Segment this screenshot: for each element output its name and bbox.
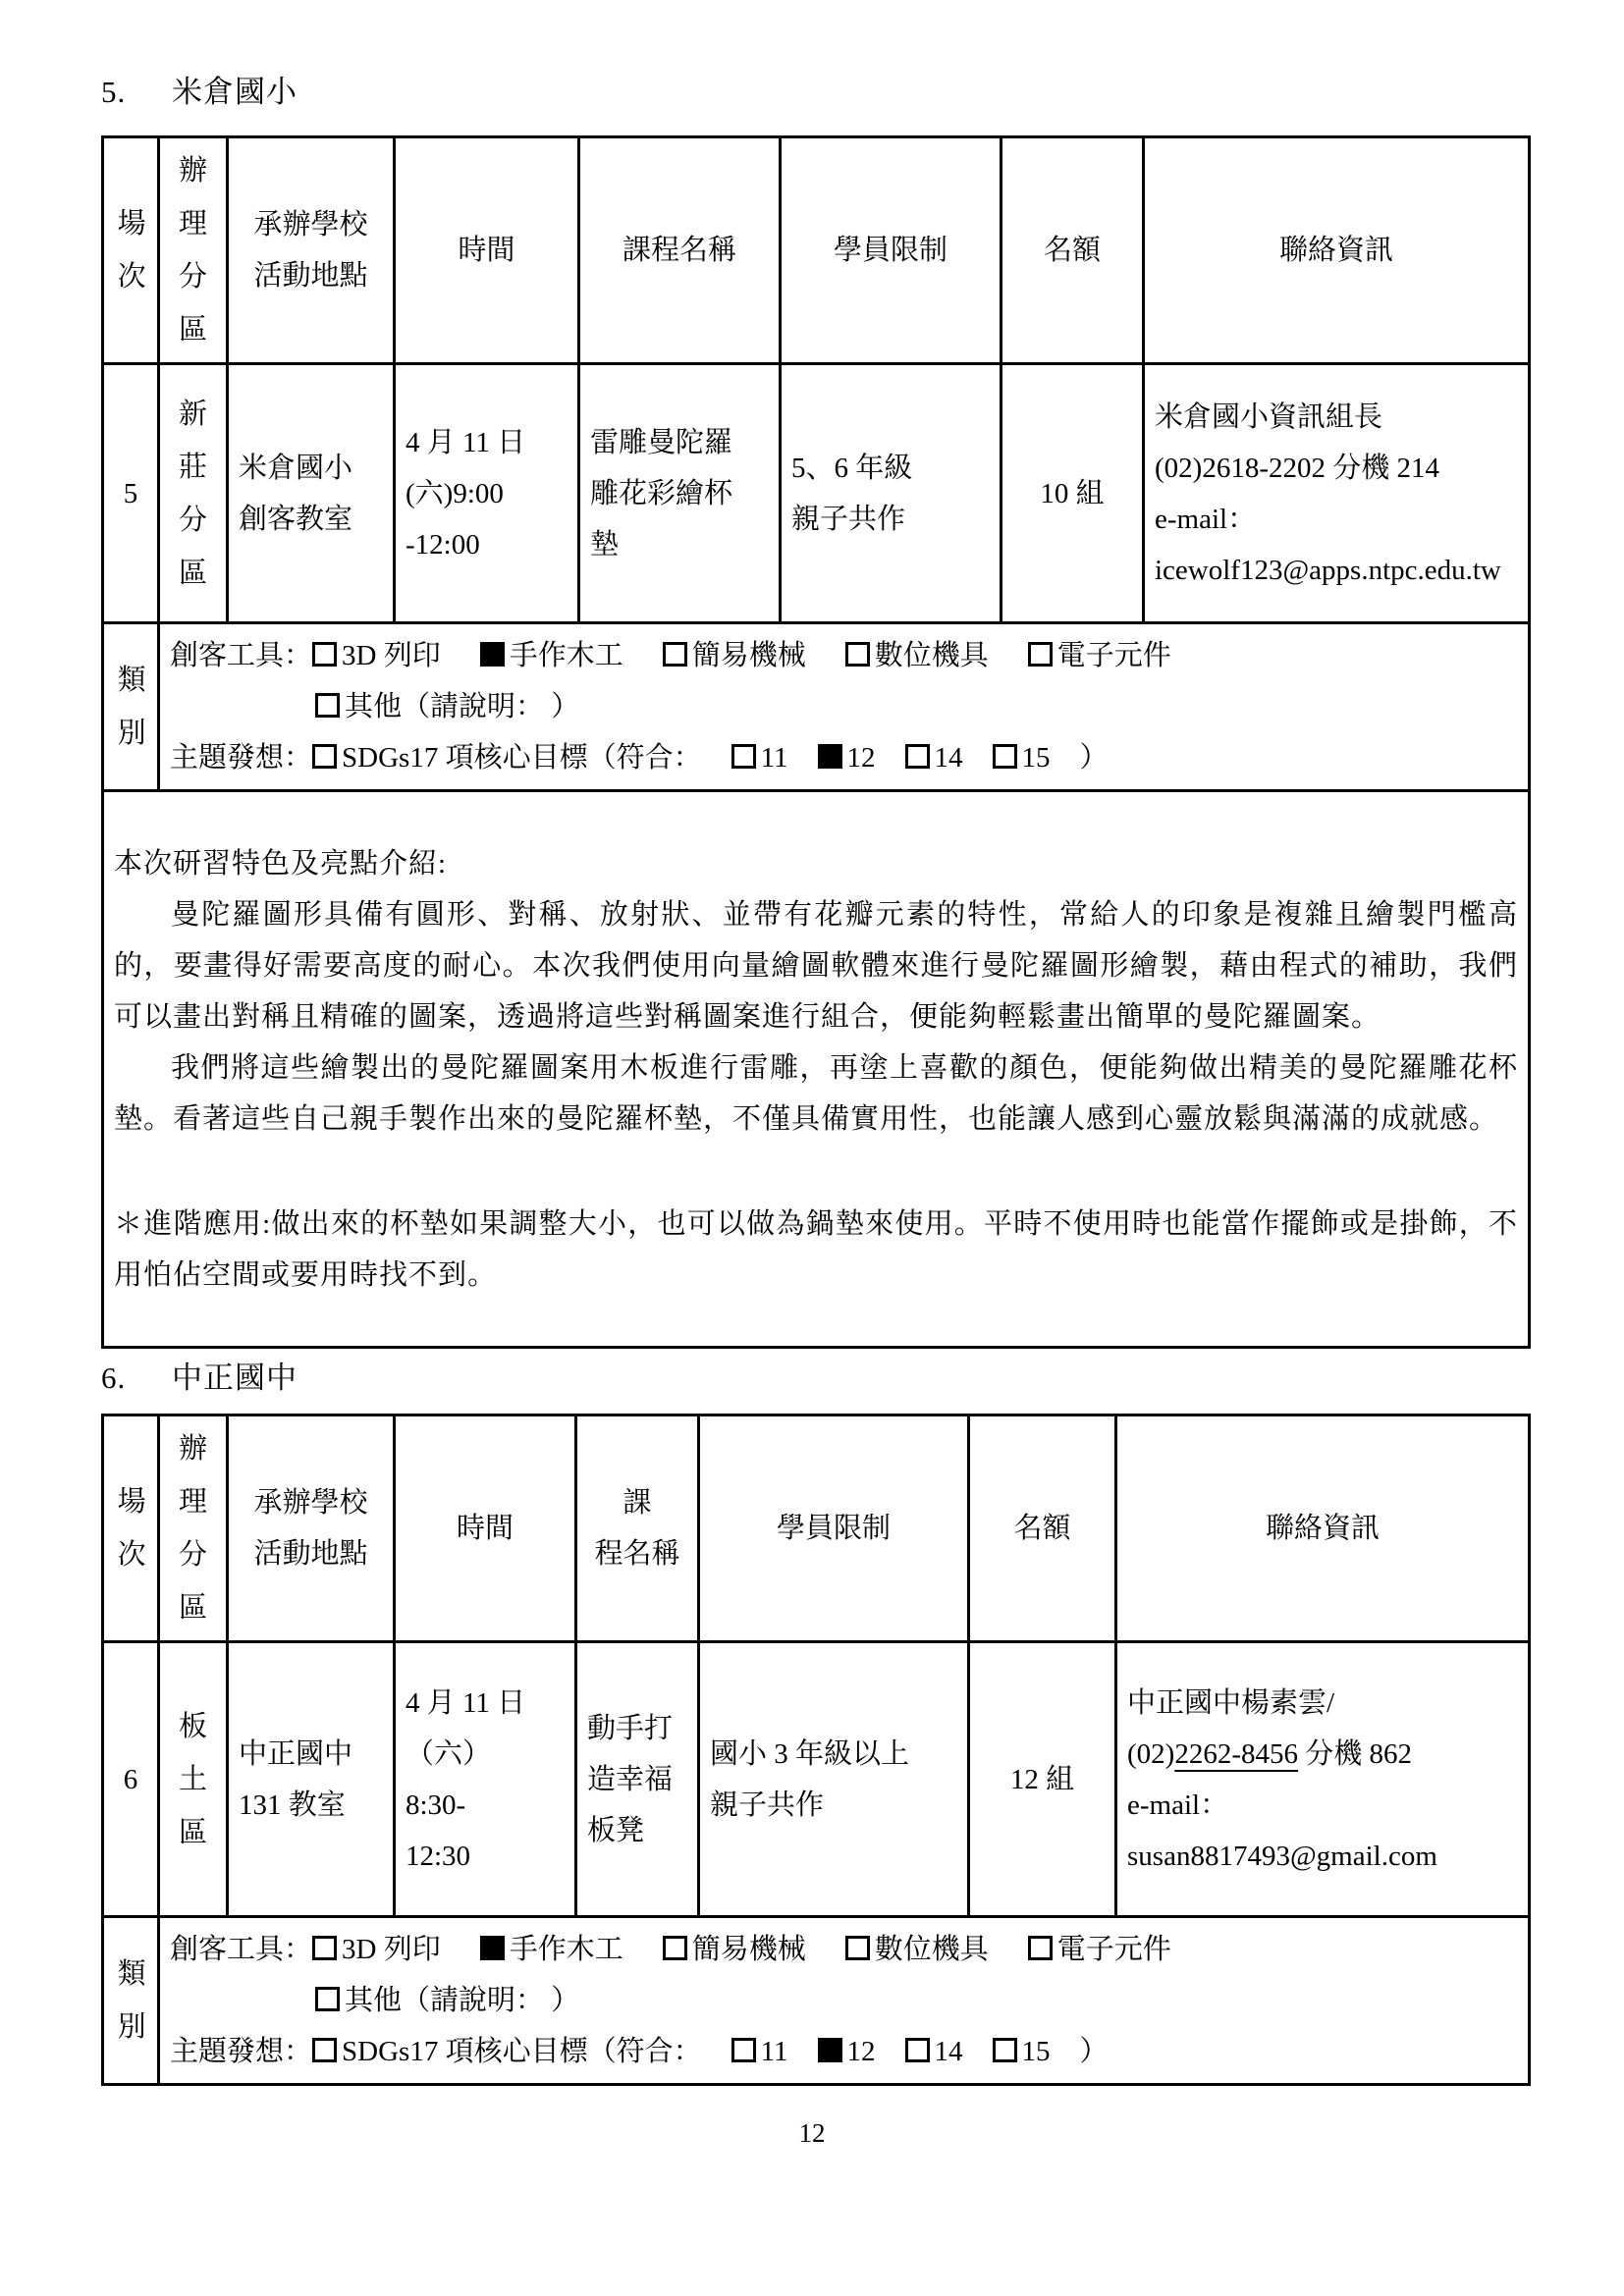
tool-electronics: 電子元件 — [1028, 1934, 1171, 1965]
cell-district: 新莊分區 — [159, 364, 228, 623]
cell-contact: 米倉國小資訊組長 (02)2618-2202 分機 214 e-mail： ic… — [1144, 364, 1530, 623]
checkbox-woodwork — [480, 642, 505, 667]
col-header-limit: 學員限制 — [699, 1415, 969, 1642]
contact-email-label: e-mail： — [1155, 494, 1518, 545]
checkbox-simple-machine — [663, 642, 687, 667]
tool-woodwork: 手作木工 — [480, 640, 623, 671]
cell-course: 雷雕曼陀羅 雕花彩繪杯 墊 — [579, 364, 781, 623]
contact-email: susan8817493@gmail.com — [1127, 1831, 1518, 1882]
checkbox-other — [315, 1987, 340, 2011]
checkbox-3d-print — [312, 1936, 337, 1960]
checkbox-simple-machine — [663, 1936, 687, 1960]
checkbox-sdg-14 — [905, 744, 930, 769]
tool-3d-print: 3D 列印 — [312, 1934, 441, 1965]
tool-woodwork: 手作木工 — [480, 1934, 623, 1965]
contact-email: icewolf123@apps.ntpc.edu.tw — [1155, 545, 1518, 596]
phone-underlined: 2262-8456 — [1174, 1738, 1298, 1770]
sdg-label: SDGs17 項核心目標（符合： — [342, 2036, 702, 2067]
tool-digital-tool: 數位機具 — [845, 1934, 989, 1965]
contact-phone: (02)2262-8456 分機 862 — [1127, 1729, 1518, 1780]
col-header-contact: 聯絡資訊 — [1116, 1415, 1530, 1642]
tool-simple-machine: 簡易機械 — [663, 1934, 806, 1965]
cell-time: 4 月 11 日 （六） 8:30- 12:30 — [395, 1642, 576, 1917]
section-5-number: 5. — [101, 75, 172, 110]
sdg-12: 12 — [818, 742, 876, 774]
checkbox-sdg-14 — [905, 2038, 930, 2062]
category-label-cell: 類別 — [103, 623, 159, 791]
maker-tools-label: 創客工具： — [170, 640, 312, 671]
sdg-12: 12 — [818, 2036, 876, 2067]
col-header-course: 課程名稱 — [579, 137, 781, 364]
section-5-title: 米倉國小 — [172, 75, 298, 109]
sdg-label: SDGs17 項核心目標（符合： — [342, 742, 702, 774]
theme-label: 主題發想： — [170, 2036, 312, 2067]
other-tool-line: 其他（請說明： ） — [170, 1975, 1518, 2026]
checkbox-sdg-11 — [731, 2038, 756, 2062]
table-6-data-row: 6 板土區 中正國中 131 教室 4 月 11 日 （六） 8:30- 12:… — [103, 1642, 1530, 1917]
col-header-location: 承辦學校 活動地點 — [228, 137, 395, 364]
section-5-heading: 5.米倉國小 — [101, 67, 298, 111]
checkbox-sdgs — [312, 2038, 337, 2062]
checkbox-sdg-15 — [993, 2038, 1017, 2062]
page-number: 12 — [0, 2118, 1624, 2149]
maker-tools-line: 創客工具：3D 列印手作木工簡易機械數位機具電子元件 — [170, 1924, 1518, 1975]
checkbox-electronics — [1028, 1936, 1053, 1960]
sdg-close-paren: ） — [1080, 2036, 1109, 2067]
sdg-11: 11 — [731, 2036, 788, 2067]
cell-location: 中正國中 131 教室 — [228, 1642, 395, 1917]
cell-limit: 國小 3 年級以上 親子共作 — [699, 1642, 969, 1917]
col-header-course: 課 程名稱 — [576, 1415, 699, 1642]
section-6-table: 場次 辦理分區 承辦學校 活動地點 時間 課 程名稱 學員限制 名額 聯絡資訊 … — [101, 1414, 1531, 2086]
cell-course: 動手打 造幸福 板凳 — [576, 1642, 699, 1917]
intro-advanced-note: ＊進階應用:做出來的杯墊如果調整大小，也可以做為鍋墊來使用。平時不使用時也能當作… — [114, 1199, 1518, 1301]
intro-title: 本次研習特色及亮點介紹: — [114, 838, 1518, 889]
col-header-district: 辦理分區 — [159, 137, 228, 364]
theme-line: 主題發想：SDGs17 項核心目標（符合：11121415） — [170, 2026, 1518, 2077]
theme-label: 主題發想： — [170, 742, 312, 774]
col-header-time: 時間 — [395, 137, 579, 364]
tool-3d-print: 3D 列印 — [312, 640, 441, 671]
checkbox-electronics — [1028, 642, 1053, 667]
category-content-cell: 創客工具：3D 列印手作木工簡易機械數位機具電子元件 其他（請說明： ） 主題發… — [159, 623, 1530, 791]
maker-tools-label: 創客工具： — [170, 1934, 312, 1965]
cell-location: 米倉國小 創客教室 — [228, 364, 395, 623]
sdg-14: 14 — [905, 2036, 963, 2067]
checkbox-woodwork — [480, 1936, 505, 1960]
contact-role: 米倉國小資訊組長 — [1155, 392, 1518, 443]
table-5-category-row: 類別 創客工具：3D 列印手作木工簡易機械數位機具電子元件 其他（請說明： ） … — [103, 623, 1530, 791]
col-header-location: 承辦學校 活動地點 — [228, 1415, 395, 1642]
other-label: 其他（請說明： ） — [345, 691, 579, 722]
table-6-header-row: 場次 辦理分區 承辦學校 活動地點 時間 課 程名稱 學員限制 名額 聯絡資訊 — [103, 1415, 1530, 1642]
document-page: 5.米倉國小 場次 辦理分區 承辦學校 活動地點 時間 課程名稱 學員限制 名額… — [0, 0, 1624, 2296]
checkbox-sdgs — [312, 744, 337, 769]
sdg-11: 11 — [731, 742, 788, 774]
cell-time: 4 月 11 日 (六)9:00 -12:00 — [395, 364, 579, 623]
col-header-session: 場次 — [103, 1415, 159, 1642]
checkbox-sdg-15 — [993, 744, 1017, 769]
sdg-14: 14 — [905, 742, 963, 774]
contact-phone: (02)2618-2202 分機 214 — [1155, 443, 1518, 494]
cell-district: 板土區 — [159, 1642, 228, 1917]
cell-limit: 5、6 年級 親子共作 — [781, 364, 1001, 623]
tool-electronics: 電子元件 — [1028, 640, 1171, 671]
intro-cell: 本次研習特色及亮點介紹: 曼陀羅圖形具備有圓形、對稱、放射狀、並帶有花瓣元素的特… — [103, 791, 1530, 1348]
checkbox-digital-tool — [845, 1936, 870, 1960]
cell-session: 6 — [103, 1642, 159, 1917]
cell-quota: 12 組 — [969, 1642, 1116, 1917]
tool-simple-machine: 簡易機械 — [663, 640, 806, 671]
table-5-header-row: 場次 辦理分區 承辦學校 活動地點 時間 課程名稱 學員限制 名額 聯絡資訊 — [103, 137, 1530, 364]
intro-paragraph-2: 我們將這些繪製出的曼陀羅圖案用木板進行雷雕，再塗上喜歡的顏色，便能夠做出精美的曼… — [114, 1042, 1518, 1145]
cell-quota: 10 組 — [1001, 364, 1144, 623]
sdg-15: 15 — [993, 742, 1051, 774]
table-5-data-row: 5 新莊分區 米倉國小 創客教室 4 月 11 日 (六)9:00 -12:00… — [103, 364, 1530, 623]
table-6-category-row: 類別 創客工具：3D 列印手作木工簡易機械數位機具電子元件 其他（請說明： ） … — [103, 1917, 1530, 2085]
checkbox-digital-tool — [845, 642, 870, 667]
col-header-session: 場次 — [103, 137, 159, 364]
col-header-contact: 聯絡資訊 — [1144, 137, 1530, 364]
cell-contact: 中正國中楊素雲/ (02)2262-8456 分機 862 e-mail： su… — [1116, 1642, 1530, 1917]
col-header-time: 時間 — [395, 1415, 576, 1642]
other-label: 其他（請說明： ） — [345, 1985, 579, 2016]
section-6-number: 6. — [101, 1361, 172, 1396]
section-6-title: 中正國中 — [172, 1361, 298, 1395]
contact-email-label: e-mail： — [1127, 1780, 1518, 1831]
checkbox-sdg-11 — [731, 744, 756, 769]
theme-line: 主題發想：SDGs17 項核心目標（符合：11121415） — [170, 732, 1518, 783]
sdg-close-paren: ） — [1080, 742, 1109, 774]
checkbox-sdg-12 — [818, 744, 842, 769]
col-header-limit: 學員限制 — [781, 137, 1001, 364]
contact-person: 中正國中楊素雲/ — [1127, 1678, 1518, 1729]
table-5-intro-row: 本次研習特色及亮點介紹: 曼陀羅圖形具備有圓形、對稱、放射狀、並帶有花瓣元素的特… — [103, 791, 1530, 1348]
section-5-table: 場次 辦理分區 承辦學校 活動地點 時間 課程名稱 學員限制 名額 聯絡資訊 5… — [101, 135, 1531, 1349]
col-header-quota: 名額 — [969, 1415, 1116, 1642]
col-header-district: 辦理分區 — [159, 1415, 228, 1642]
col-header-quota: 名額 — [1001, 137, 1144, 364]
category-label-cell: 類別 — [103, 1917, 159, 2085]
checkbox-3d-print — [312, 642, 337, 667]
sdg-15: 15 — [993, 2036, 1051, 2067]
section-6-heading: 6.中正國中 — [101, 1353, 298, 1397]
cell-session: 5 — [103, 364, 159, 623]
intro-paragraph-1: 曼陀羅圖形具備有圓形、對稱、放射狀、並帶有花瓣元素的特性，常給人的印象是複雜且繪… — [114, 889, 1518, 1042]
tool-digital-tool: 數位機具 — [845, 640, 989, 671]
category-content-cell: 創客工具：3D 列印手作木工簡易機械數位機具電子元件 其他（請說明： ） 主題發… — [159, 1917, 1530, 2085]
other-tool-line: 其他（請說明： ） — [170, 681, 1518, 732]
maker-tools-line: 創客工具：3D 列印手作木工簡易機械數位機具電子元件 — [170, 630, 1518, 681]
checkbox-other — [315, 693, 340, 718]
checkbox-sdg-12 — [818, 2038, 842, 2062]
